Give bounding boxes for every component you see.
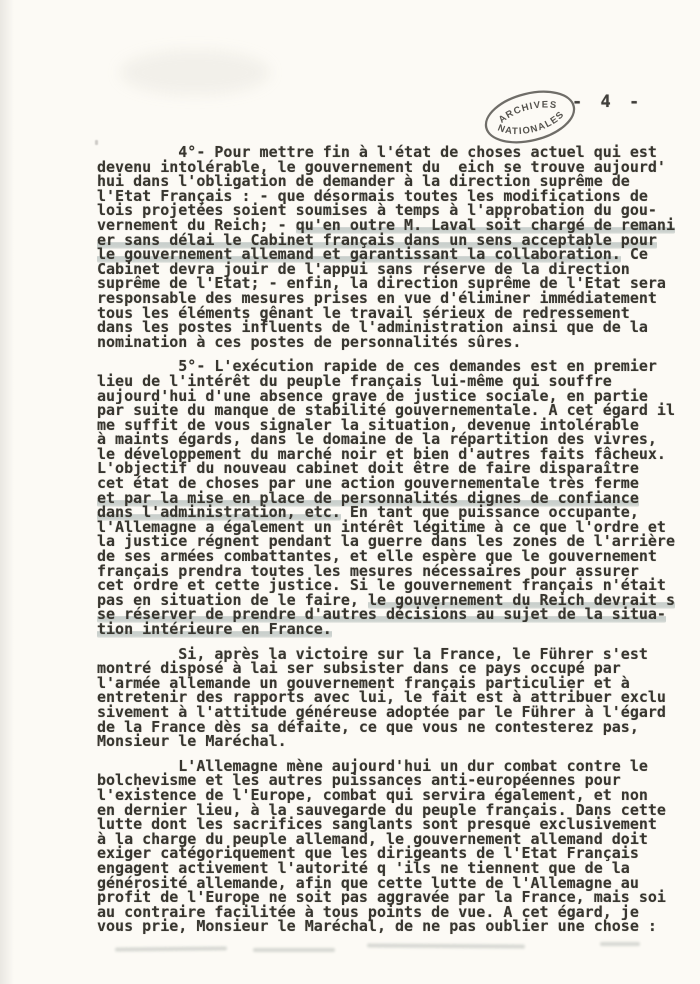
text-line: vous prie, Monsieur le Maréchal, de ne p… bbox=[97, 919, 697, 934]
document-text: 4°- Pour mettre fin à l'état de choses a… bbox=[97, 145, 697, 934]
paragraph: L'Allemagne mène aujourd'hui un dur comb… bbox=[97, 759, 697, 934]
page-number: - 4 - bbox=[572, 92, 643, 112]
paragraph: Si, après la victoire sur la France, le … bbox=[97, 647, 697, 749]
ink-smudge bbox=[115, 946, 227, 951]
ink-smudge bbox=[253, 948, 335, 952]
paper-speck bbox=[120, 50, 270, 95]
text-segment: nomination à ces postes de personnalités… bbox=[97, 333, 521, 351]
underlined-text: tion intérieure en France. bbox=[97, 620, 332, 638]
document-page: ARCHIVES NATIONALES - 4 - 4°- Pour mettr… bbox=[0, 0, 700, 984]
scan-edge bbox=[0, 0, 14, 984]
text-line: nomination à ces postes de personnalités… bbox=[97, 335, 697, 350]
paragraph: 4°- Pour mettre fin à l'état de choses a… bbox=[97, 145, 697, 349]
ink-smudge bbox=[600, 942, 640, 946]
text-segment: vous prie, Monsieur le Maréchal, de ne p… bbox=[97, 917, 657, 935]
archives-nationales-stamp: ARCHIVES NATIONALES bbox=[478, 84, 582, 150]
ink-smudge bbox=[367, 943, 525, 948]
text-segment: Monsieur le Maréchal. bbox=[97, 732, 287, 750]
text-line: tion intérieure en France. bbox=[97, 622, 697, 637]
paragraph: 5°- L'exécution rapide de ces demandes e… bbox=[97, 359, 697, 636]
text-line: Monsieur le Maréchal. bbox=[97, 734, 697, 749]
